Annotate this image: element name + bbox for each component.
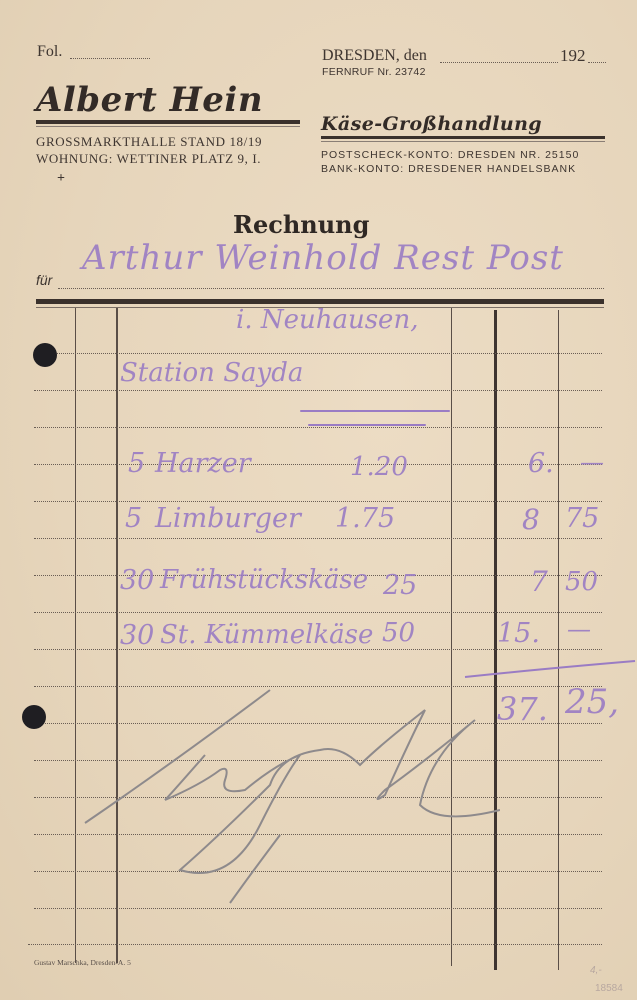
total-pfennig: 25, [565, 682, 619, 722]
year-prefix: 192 [560, 46, 586, 66]
company-underline-thin [36, 126, 300, 127]
folio-label: Fol. [37, 43, 62, 61]
signature [80, 685, 500, 905]
punch-hole-top [33, 343, 57, 367]
item-4-description: St. Kümmelkäse [160, 620, 373, 650]
recipient-label: für [36, 272, 52, 288]
trade-underline-thin [321, 141, 605, 142]
item-2-total-pfennig: 75 [565, 503, 599, 534]
row-line [34, 390, 602, 391]
address-line-2: WOHNUNG: WETTINER PLATZ 9, I. [36, 151, 261, 167]
postscheck-account: POSTSCHECK-KONTO: DRESDEN NR. 25150 [321, 149, 579, 161]
table-top-rule [36, 299, 604, 304]
item-3-description: Frühstücks­käse [160, 565, 368, 595]
printer-imprint: Gustav Marschka, Dresden-A. 5 [34, 958, 131, 967]
item-1-unit-price: 1.20 [350, 452, 408, 482]
station-underline-1 [300, 410, 450, 412]
row-line [34, 612, 602, 613]
item-3-total-mark: 7 [530, 565, 548, 598]
recipient-line [58, 288, 604, 289]
item-4-unit-price: 50 [382, 618, 415, 648]
recipient-handwritten-1: Arthur Weinhold Rest Post [82, 238, 564, 278]
company-underline [36, 120, 300, 124]
item-1-total-pfennig: — [580, 448, 604, 476]
item-3-total-pfennig: 50 [565, 567, 598, 597]
item-1-description: Harzer [155, 448, 251, 479]
archive-mark-price: 4,- [590, 965, 602, 976]
company-name: Albert Hein [36, 80, 263, 120]
item-3-unit-price: 25 [383, 570, 417, 601]
item-1-qty: 5 [128, 448, 145, 479]
row-line [34, 908, 602, 909]
item-2-total-mark: 8 [522, 503, 540, 536]
item-1-total-mark: 6. [528, 448, 554, 479]
address-line-1: GROSSMARKTHALLE STAND 18/19 [36, 134, 262, 150]
sum-rule [460, 655, 637, 685]
phone-number: FERNRUF Nr. 23742 [322, 66, 426, 78]
archive-mark-number: 18584 [595, 983, 623, 994]
row-line [28, 944, 602, 945]
item-2-description: Limburger [155, 503, 301, 534]
document-title: Rechnung [233, 210, 369, 239]
cross-mark: + [57, 171, 65, 187]
recipient-handwritten-2: i. Neuhausen, [236, 305, 418, 335]
row-line [34, 501, 602, 502]
folio-line [70, 58, 150, 59]
row-line [34, 538, 602, 539]
item-2-qty: 5 [125, 503, 142, 534]
trade-title: Käse-Großhandlung [321, 113, 542, 135]
item-4-qty: 30 [120, 620, 154, 651]
recipient-handwritten-3: Station Sayda [120, 358, 303, 388]
item-4-total-pfennig: — [567, 615, 591, 643]
date-line [440, 62, 558, 63]
station-underline-2 [308, 424, 426, 426]
item-3-qty: 30 [120, 565, 154, 596]
column-divider-qty [75, 308, 76, 963]
punch-hole-bottom [22, 705, 46, 729]
city-date-label: DRESDEN, den [322, 47, 427, 65]
item-2-unit-price: 1.75 [335, 503, 395, 534]
row-line [34, 427, 602, 428]
trade-underline [321, 136, 605, 139]
bank-account: BANK-KONTO: DRESDENER HANDELSBANK [321, 163, 576, 175]
row-line [34, 464, 602, 465]
row-line [34, 353, 602, 354]
total-mark: 37. [497, 690, 548, 728]
item-4-total-mark: 15. [497, 618, 540, 649]
year-line [588, 62, 606, 63]
